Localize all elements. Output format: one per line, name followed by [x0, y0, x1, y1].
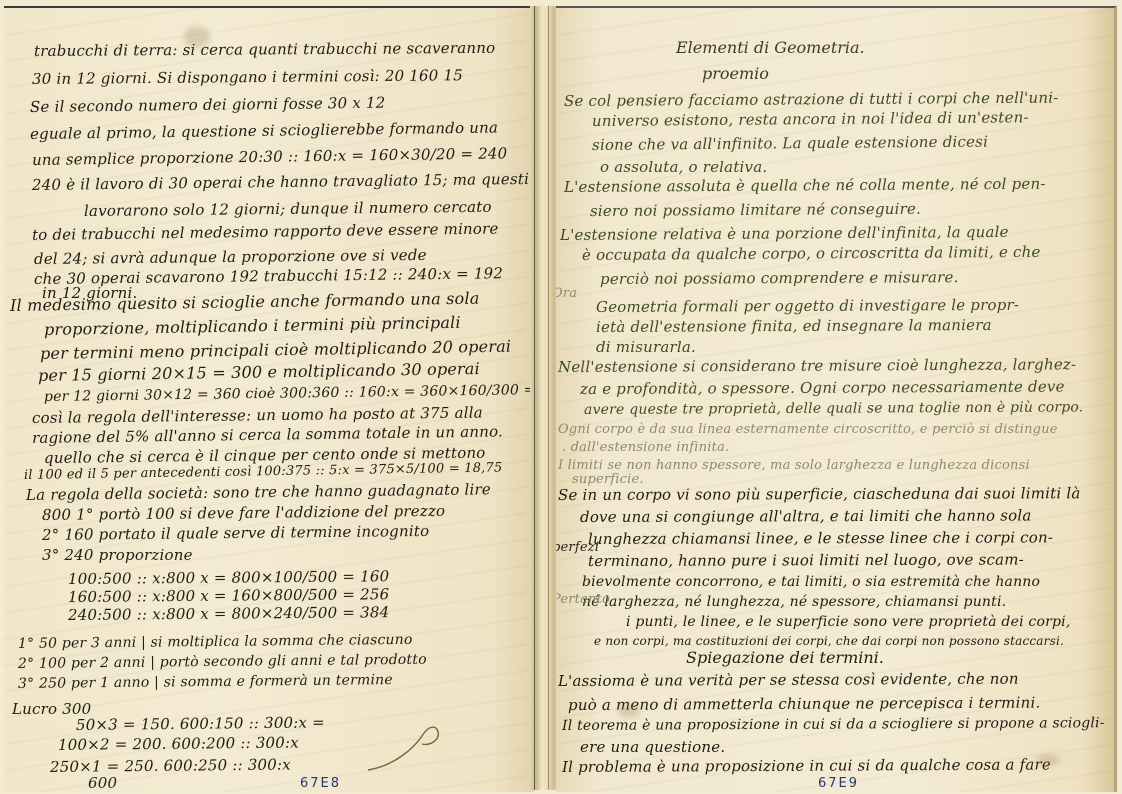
page-subtitle: proemio — [702, 64, 769, 83]
text-line: 1° 50 per 3 anni | si moltiplica la somm… — [18, 632, 413, 652]
text-line: 2° 160 portato il quale serve di termine… — [42, 522, 429, 544]
text-line: trabucchi di terra: si cerca quanti trab… — [34, 39, 495, 60]
paper-stain — [1036, 754, 1060, 766]
text-line: 250×1 = 250. 600:250 :: 300:x — [50, 755, 291, 776]
text-line: Nell'estensione si considerano tre misur… — [558, 355, 1076, 376]
text-line: terminano, hanno pure i suoi limiti nel … — [588, 550, 1024, 570]
text-line: lunghezza chiamansi linee, e le stesse l… — [588, 528, 1053, 548]
text-line: perciò noi possiamo comprendere e misura… — [600, 268, 959, 288]
text-line: 240 è il lavoro di 30 operai che hanno t… — [32, 170, 534, 194]
text-line: proporzione, moltiplicando i termini più… — [44, 313, 461, 339]
text-line: 3° 240 proporzione — [42, 546, 193, 564]
left-page: trabucchi di terra: si cerca quanti trab… — [4, 6, 534, 792]
text-line: per 15 giorni 20×15 = 300 e moltiplicand… — [38, 359, 480, 385]
text-line: di misurarla. — [596, 338, 696, 356]
text-line: 240:500 :: x:800 x = 800×240/500 = 384 — [68, 603, 389, 624]
text-line: L'estensione assoluta è quella che né co… — [564, 175, 1046, 196]
text-line: eguale al primo, la questione si sciogli… — [30, 118, 498, 143]
text-line: lavorarono solo 12 giorni; dunque il num… — [84, 198, 492, 220]
text-line: Ogni corpo è da sua linea esternamente c… — [558, 422, 1058, 437]
text-line: universo esistono, resta ancora in noi l… — [592, 108, 1029, 130]
text-line: I limiti se non hanno spessore, ma solo … — [558, 458, 1030, 473]
margin-note: Pertanto — [556, 592, 610, 607]
manuscript-spread: trabucchi di terra: si cerca quanti trab… — [0, 0, 1122, 794]
text-line: ere una questione. — [580, 738, 725, 756]
text-line: 50×3 = 150. 600:150 :: 300:x = — [76, 713, 325, 734]
text-line: Il problema è una proposizione in cui si… — [562, 755, 1051, 776]
text-line: una semplice proporzione 20:30 :: 160:x … — [32, 144, 508, 169]
text-line: avere queste tre proprietà, delle quali … — [584, 399, 1084, 418]
text-line: La regola della società: sono tre che ha… — [26, 480, 491, 504]
margin-note: perfezi — [556, 540, 599, 555]
text-line: 800 1° portò 100 si deve fare l'addizion… — [42, 502, 445, 524]
text-line: L'estensione relativa è una porzione del… — [560, 223, 1009, 244]
signature-flourish-icon — [364, 718, 444, 778]
text-line: è occupata da qualche corpo, o circoscri… — [582, 243, 1041, 264]
page-title: Elementi di Geometria. — [676, 38, 865, 57]
text-line: i punti, le linee, e le superficie sono … — [626, 614, 1070, 630]
text-line: sione che va all'infinito. La quale este… — [592, 133, 988, 154]
text-line: per 12 giorni 30×12 = 360 cioè 300:360 :… — [44, 382, 534, 405]
text-line: bievolmente concorrono, e tai limiti, o … — [582, 574, 1040, 590]
text-line: L'assioma è una verità per se stessa cos… — [558, 670, 1019, 690]
text-line: Geometria formali per oggetto di investi… — [596, 296, 1019, 316]
text-line: 2° 100 per 2 anni | portò secondo gli an… — [18, 652, 427, 672]
text-line: Se il secondo numero dei giorni fosse 30… — [30, 94, 386, 116]
folio-number: 67E9 — [818, 776, 859, 791]
text-line: to dei trabucchi nel medesimo rapporto d… — [32, 219, 499, 244]
gutter-fold-line — [534, 6, 535, 790]
text-line: 3° 250 per 1 anno | si somma e formerà u… — [18, 672, 393, 692]
text-line: Il teorema è una proposizione in cui si … — [562, 715, 1105, 734]
right-page: Elementi di Geometria. proemio Se col pe… — [556, 6, 1117, 792]
paper-stain — [618, 704, 640, 718]
text-line: e non corpi, ma costituzioni dei corpi, … — [594, 634, 1064, 648]
text-line: ietà dell'estensione finita, ed insegnar… — [596, 316, 992, 336]
text-line: 600 — [88, 774, 117, 792]
section-heading: Spiegazione dei termini. — [686, 648, 884, 667]
text-line: Se col pensiero facciamo astrazione di t… — [564, 89, 1059, 110]
text-line: 100×2 = 200. 600:200 :: 300:x — [58, 733, 299, 754]
text-line: o assoluta, o relativa. — [600, 158, 767, 176]
text-line: né larghezza, né lunghezza, né spessore,… — [582, 594, 1006, 610]
text-line: siero noi possiamo limitare né conseguir… — [590, 200, 921, 220]
folio-number: 67E8 — [300, 776, 341, 791]
text-line: za e profondità, o spessore. Ogni corpo … — [580, 377, 1065, 398]
text-line: dove una si congiunge all'altra, e tai l… — [580, 506, 1032, 526]
text-line: 30 in 12 giorni. Si dispongano i termini… — [32, 66, 463, 88]
text-line: del 24; si avrà adunque la proporzione o… — [34, 246, 427, 268]
text-line: Se in un corpo vi sono più superficie, c… — [558, 484, 1081, 504]
text-line: . dall'estensione infinita. — [562, 440, 729, 455]
gutter-fold-line — [548, 6, 549, 790]
margin-note: Ora — [556, 286, 577, 301]
